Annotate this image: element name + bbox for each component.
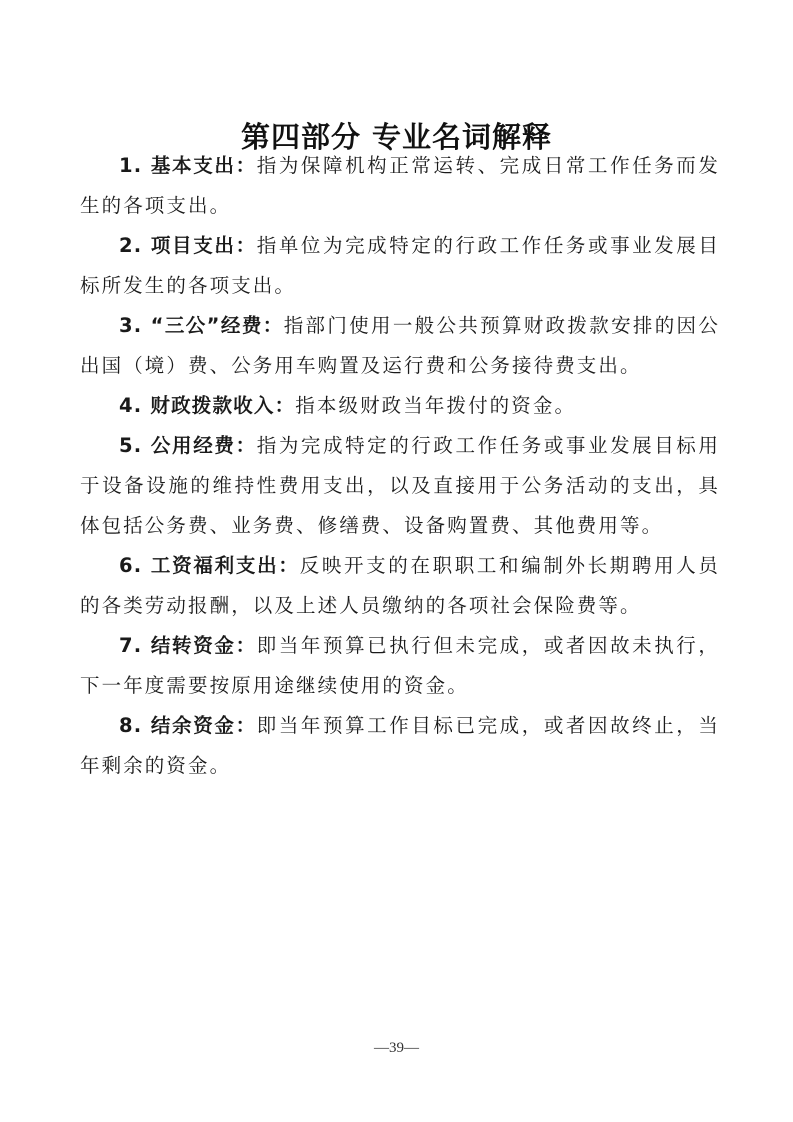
definition-item: 4. 财政拨款收入：指本级财政当年拨付的资金。	[80, 386, 720, 426]
definition-item: 8. 结余资金：即当年预算工作目标已完成，或者因故终止，当年剩余的资金。	[80, 706, 720, 786]
definition-item: 5. 公用经费：指为完成特定的行政工作任务或事业发展目标用于设备设施的维持性费用…	[80, 426, 720, 546]
definition-term: 7. 结转资金：	[119, 634, 257, 657]
definition-item: 6. 工资福利支出：反映开支的在职职工和编制外长期聘用人员的各类劳动报酬，以及上…	[80, 546, 720, 626]
definition-text: 指本级财政当年拨付的资金。	[295, 394, 576, 417]
definitions-list: 1. 基本支出：指为保障机构正常运转、完成日常工作任务而发生的各项支出。 2. …	[80, 146, 720, 786]
definition-term: 8. 结余资金：	[119, 714, 257, 737]
definition-term: 4. 财政拨款收入：	[119, 394, 295, 417]
definition-term: 3. “三公”经费：	[119, 314, 284, 337]
definition-term: 6. 工资福利支出：	[119, 554, 300, 577]
definition-term: 2. 项目支出：	[119, 234, 257, 257]
page-number: —39—	[0, 1040, 793, 1057]
definition-term: 1. 基本支出：	[119, 154, 257, 177]
definition-item: 3. “三公”经费：指部门使用一般公共预算财政拨款安排的因公出国（境）费、公务用…	[80, 306, 720, 386]
definition-item: 7. 结转资金：即当年预算已执行但未完成，或者因故未执行，下一年度需要按原用途继…	[80, 626, 720, 706]
definition-item: 2. 项目支出：指单位为完成特定的行政工作任务或事业发展目标所发生的各项支出。	[80, 226, 720, 306]
definition-item: 1. 基本支出：指为保障机构正常运转、完成日常工作任务而发生的各项支出。	[80, 146, 720, 226]
definition-term: 5. 公用经费：	[119, 434, 257, 457]
